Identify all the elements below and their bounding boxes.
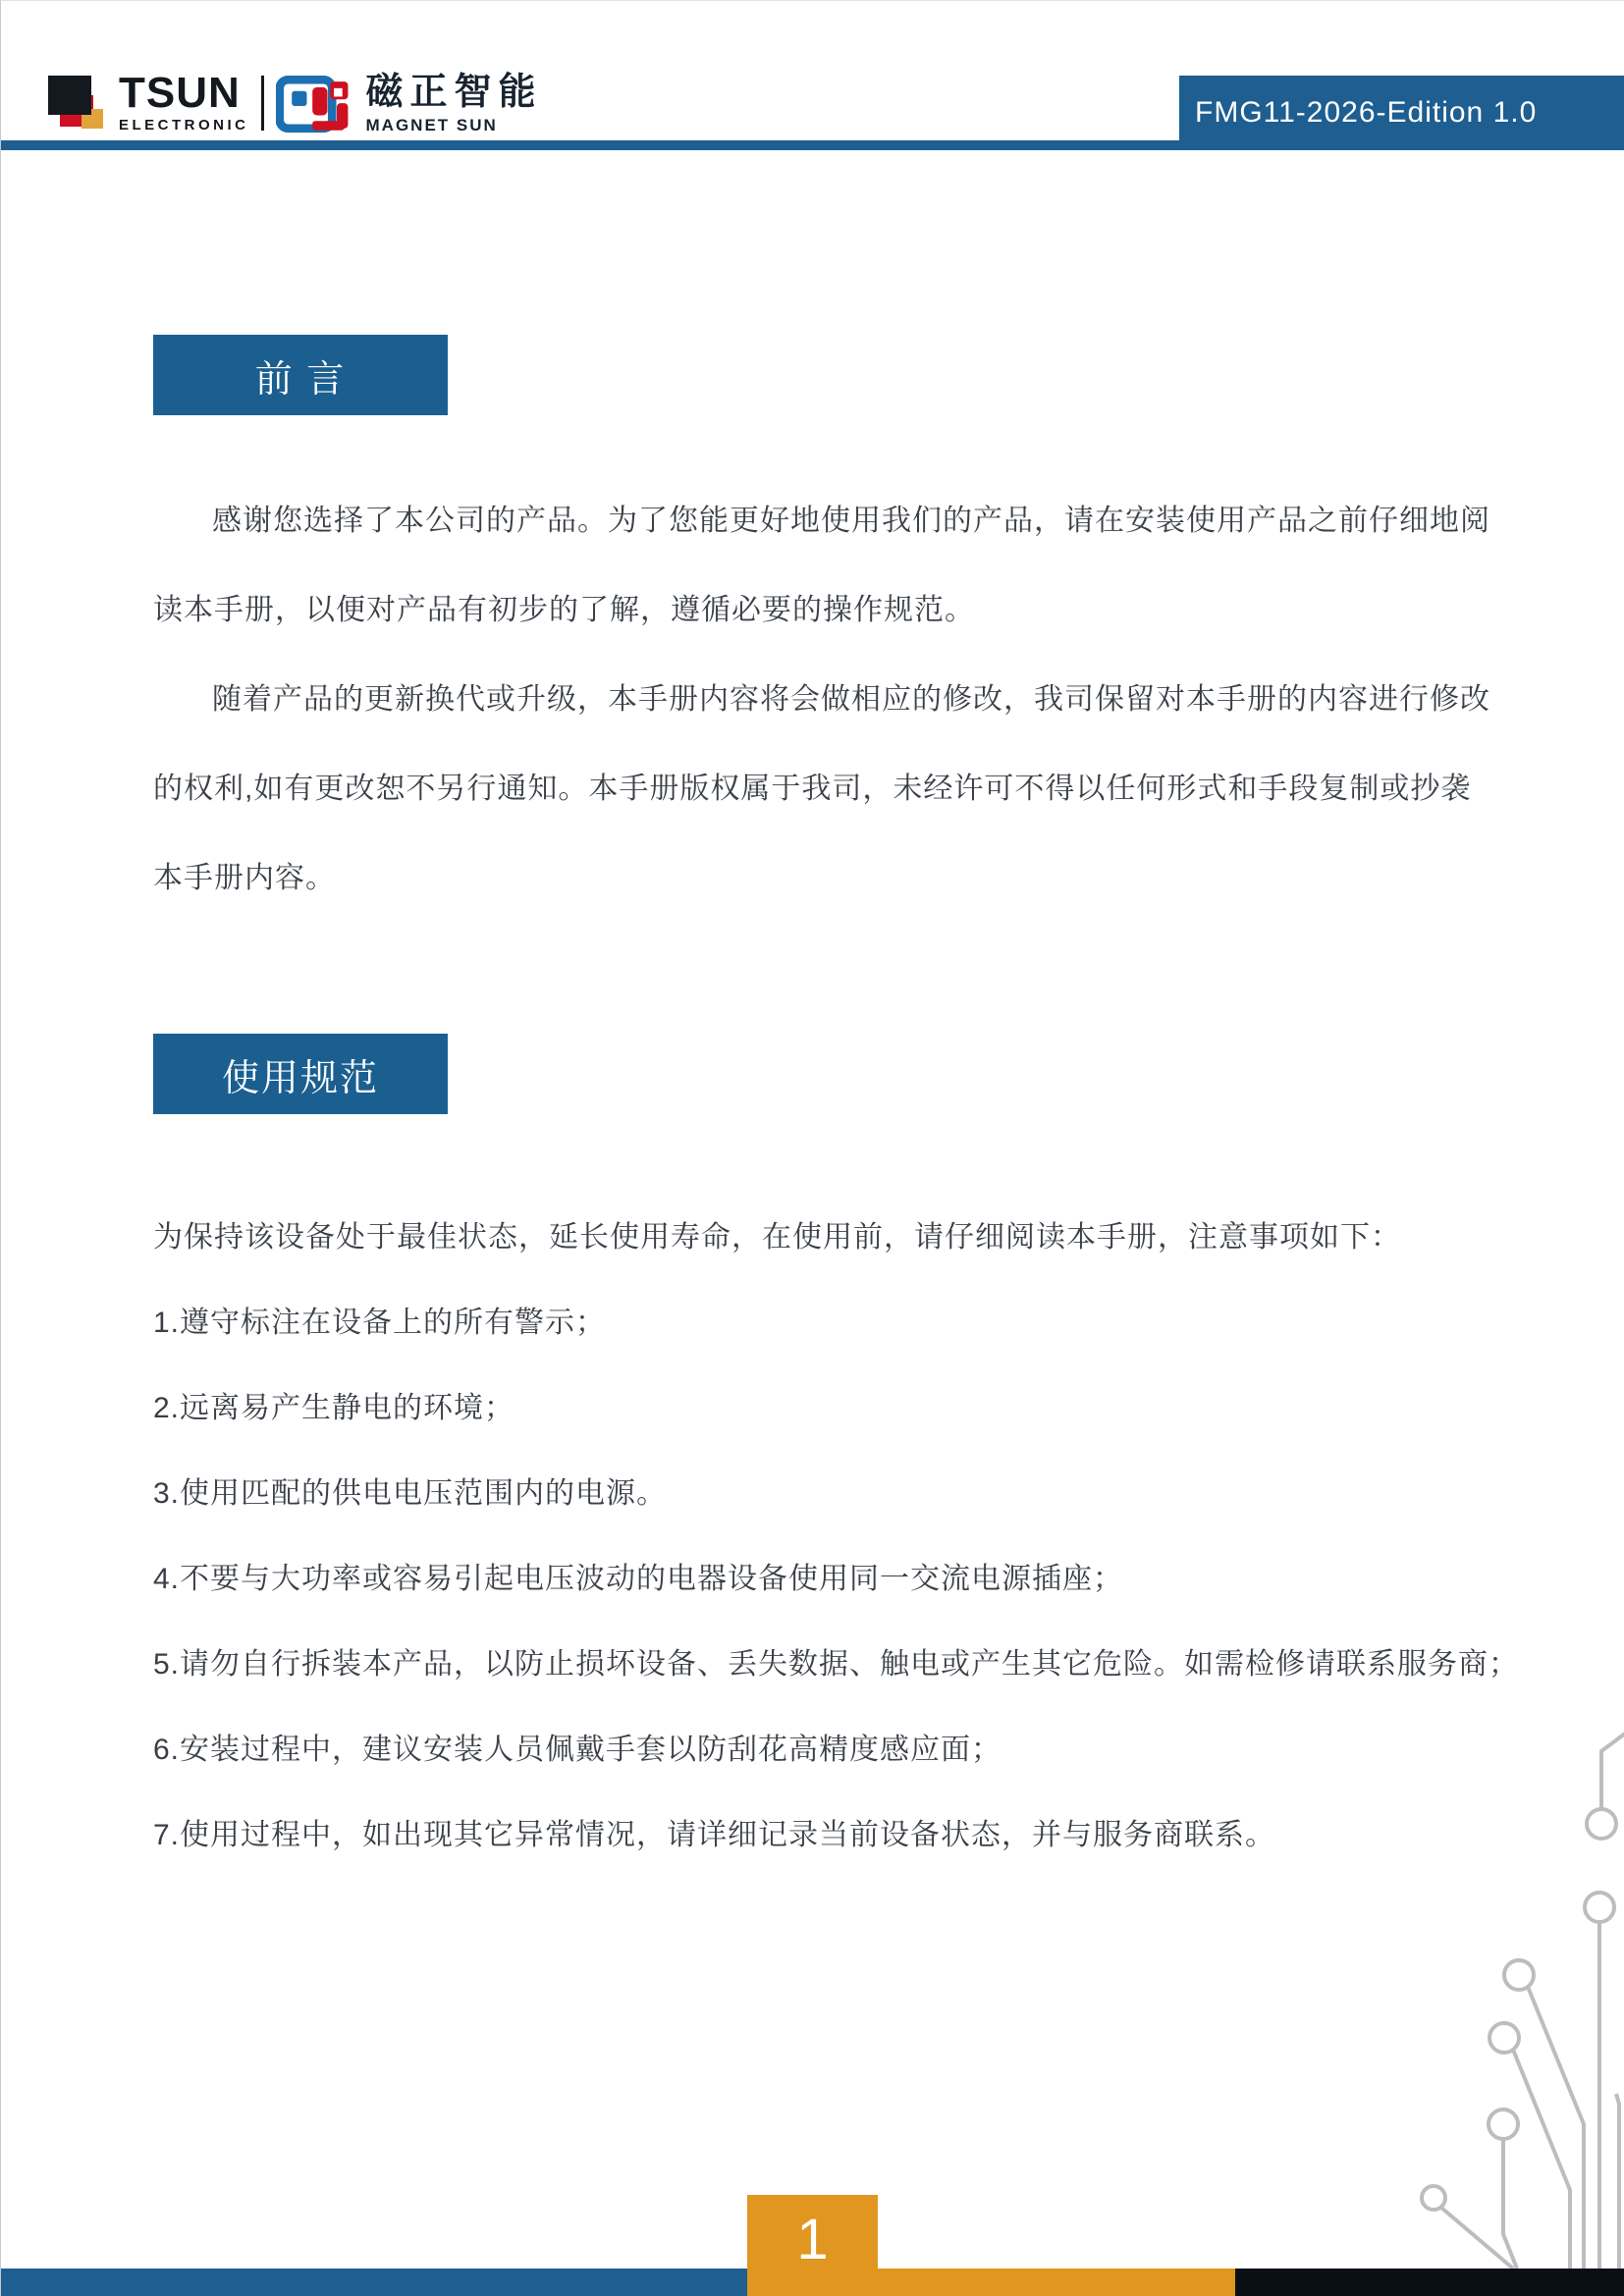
- tsun-logo-black-square: [48, 76, 91, 115]
- preface-text-line: 的权利,如有更改恕不另行通知。本手册版权属于我司，未经许可不得以任何形式和手段复…: [153, 744, 1547, 833]
- usage-item: 2.远离易产生静电的环境；: [153, 1365, 1567, 1451]
- section-title-usage: 使用规范: [153, 1034, 448, 1114]
- footer-bar: [1, 2269, 1624, 2296]
- logo-divider: [261, 76, 264, 131]
- manual-page: TSUN ELECTRONIC 磁正智能 MAGNET SUN FMG11-20…: [0, 0, 1624, 2296]
- magnetsun-icon: [276, 76, 356, 139]
- preface-text-line: 随着产品的更新换代或升级，本手册内容将会做相应的修改，我司保留对本手册的内容进行…: [153, 655, 1547, 744]
- footer-bar-orange-segment: [747, 2269, 1235, 2296]
- magnetsun-name: 磁正智能: [366, 74, 543, 111]
- usage-item: 3.使用匹配的供电电压范围内的电源。: [153, 1451, 1567, 1536]
- section-title-preface: 前 言: [153, 335, 448, 415]
- edition-badge: FMG11-2026-Edition 1.0: [1179, 76, 1624, 150]
- usage-intro: 为保持该设备处于最佳状态，延长使用寿命，在使用前，请仔细阅读本手册，注意事项如下…: [153, 1195, 1567, 1280]
- usage-item: 4.不要与大功率或容易引起电压波动的电器设备使用同一交流电源插座；: [153, 1536, 1567, 1622]
- preface-text-line: 读本手册，以便对产品有初步的了解，遵循必要的操作规范。: [153, 565, 1547, 655]
- preface-text-line: 本手册内容。: [153, 833, 1547, 923]
- preface-paragraphs: 感谢您选择了本公司的产品。为了您能更好地使用我们的产品，请在安装使用产品之前仔细…: [153, 476, 1547, 923]
- tsun-subtitle: ELECTRONIC: [119, 117, 249, 133]
- tsun-wordmark: TSUN ELECTRONIC: [119, 74, 249, 133]
- circuit-trace-decoration-icon: [1350, 1699, 1624, 2269]
- magnetsun-subtitle: MAGNET SUN: [366, 116, 543, 135]
- header-logo-row: TSUN ELECTRONIC 磁正智能 MAGNET SUN: [48, 74, 543, 134]
- header-rule: [1, 140, 1624, 150]
- tsun-logo-icon: [48, 76, 105, 133]
- footer-bar-blue-segment: [1, 2269, 747, 2296]
- preface-text-line: 感谢您选择了本公司的产品。为了您能更好地使用我们的产品，请在安装使用产品之前仔细…: [153, 476, 1547, 565]
- usage-item: 1.遵守标注在设备上的所有警示；: [153, 1280, 1567, 1365]
- usage-item: 5.请勿自行拆装本产品，以防止损坏设备、丢失数据、触电或产生其它危险。如需检修请…: [153, 1622, 1567, 1707]
- magnetsun-wordmark: 磁正智能 MAGNET SUN: [366, 74, 543, 135]
- tsun-name: TSUN: [119, 74, 249, 113]
- footer-bar-dark-segment: [1235, 2269, 1624, 2296]
